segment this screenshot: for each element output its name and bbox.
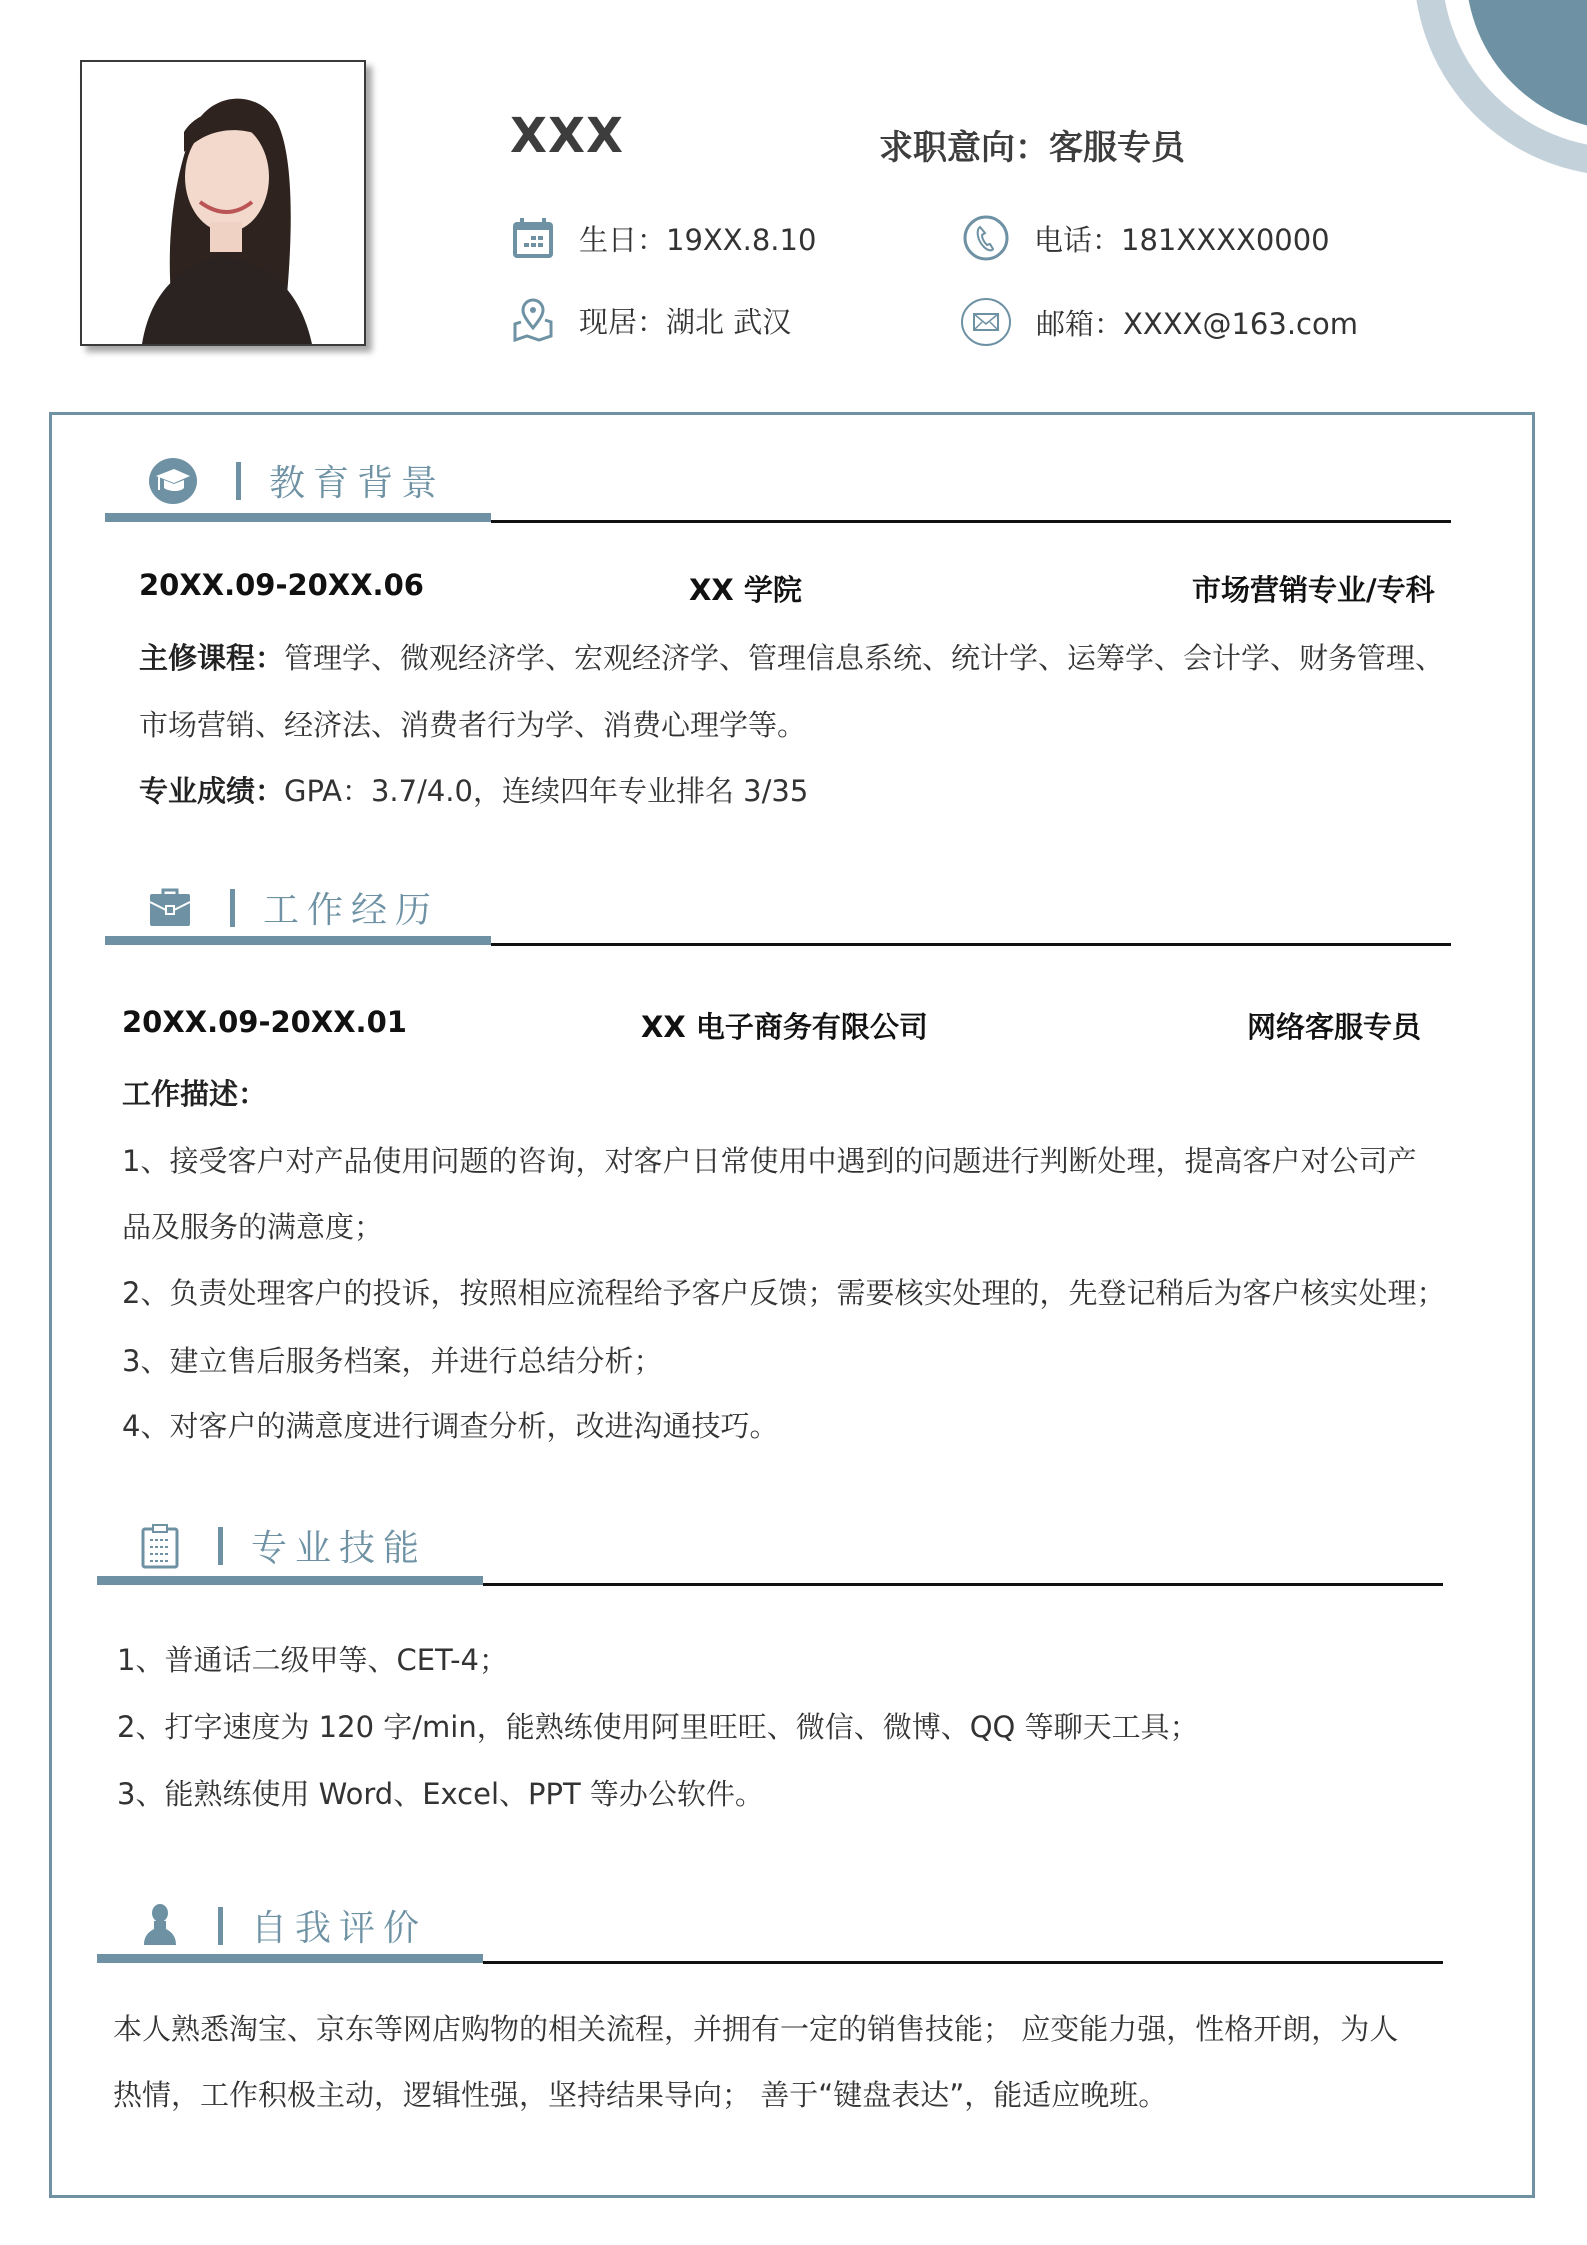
calendar-icon xyxy=(511,216,555,260)
section-divider xyxy=(491,520,1451,523)
work-header: 工作经历 xyxy=(148,882,439,933)
briefcase-icon xyxy=(148,886,192,930)
courses-text: 管理学、微观经济学、宏观经济学、管理信息系统、统计学、运筹学、会计学、财务管理、 xyxy=(284,641,1444,675)
education-header: 教育背景 xyxy=(148,455,445,506)
grades-line: 专业成绩：GPA：3.7/4.0，连续四年专业排名 3/35 xyxy=(139,769,808,810)
work-desc-item: 品及服务的满意度； xyxy=(122,1205,383,1246)
courses-line: 主修课程：管理学、微观经济学、宏观经济学、管理信息系统、统计学、运筹学、会计学、… xyxy=(139,636,1444,677)
header-separator xyxy=(236,462,241,500)
header-separator xyxy=(218,1907,223,1945)
education-major: 市场营销专业/专科 xyxy=(1192,568,1435,609)
work-company: XX 电子商务有限公司 xyxy=(641,1005,928,1046)
section-accent-bar xyxy=(97,1576,483,1585)
person-icon xyxy=(140,1903,180,1949)
job-intent: 求职意向：客服专员 xyxy=(879,120,1185,169)
phone-icon xyxy=(962,214,1010,262)
phone-text: 电话：181XXXX0000 xyxy=(1034,218,1330,259)
graduation-cap-icon xyxy=(148,456,198,506)
section-accent-bar xyxy=(105,513,491,522)
clipboard-icon xyxy=(140,1523,180,1569)
birthday-row: 生日：19XX.8.10 xyxy=(511,216,816,260)
phone-row: 电话：181XXXX0000 xyxy=(962,214,1330,262)
email-row: 邮箱：XXXX@163.com xyxy=(960,296,1358,348)
residence-row: 现居：湖北 武汉 xyxy=(511,298,791,342)
grades-label: 专业成绩： xyxy=(139,774,284,808)
portrait-image xyxy=(82,62,364,344)
candidate-name: XXX xyxy=(510,108,624,164)
location-map-icon xyxy=(511,298,555,342)
courses-line-2: 市场营销、经济法、消费者行为学、消费心理学等。 xyxy=(139,703,806,744)
skill-item: 2、打字速度为 120 字/min，能熟练使用阿里旺旺、微信、微博、QQ 等聊天… xyxy=(117,1705,1199,1746)
section-title: 自我评价 xyxy=(251,1900,427,1951)
skill-item: 1、普通话二级甲等、CET-4； xyxy=(117,1638,508,1679)
self-evaluation-line: 热情，工作积极主动，逻辑性强，坚持结果导向； 善于“键盘表达”，能适应晚班。 xyxy=(113,2073,1167,2114)
section-title: 工作经历 xyxy=(263,882,439,933)
work-position: 网络客服专员 xyxy=(1247,1005,1421,1046)
residence-text: 现居：湖北 武汉 xyxy=(579,300,791,341)
work-desc-item: 3、建立售后服务档案，并进行总结分析； xyxy=(122,1339,662,1380)
birthday-text: 生日：19XX.8.10 xyxy=(579,218,816,259)
section-title: 专业技能 xyxy=(251,1520,427,1571)
skills-header: 专业技能 xyxy=(140,1520,427,1571)
section-title: 教育背景 xyxy=(269,455,445,506)
mail-icon xyxy=(960,296,1012,348)
work-desc-item: 2、负责处理客户的投诉，按照相应流程给予客户反馈；需要核实处理的，先登记稍后为客… xyxy=(122,1271,1445,1312)
header-separator xyxy=(218,1527,223,1565)
grades-text: GPA：3.7/4.0，连续四年专业排名 3/35 xyxy=(284,774,808,808)
work-desc-item: 4、对客户的满意度进行调查分析，改进沟通技巧。 xyxy=(122,1404,778,1445)
section-divider xyxy=(483,1583,1443,1586)
email-text: 邮箱：XXXX@163.com xyxy=(1036,302,1358,343)
skill-item: 3、能熟练使用 Word、Excel、PPT 等办公软件。 xyxy=(117,1772,764,1813)
section-divider xyxy=(491,943,1451,946)
work-desc-label: 工作描述： xyxy=(122,1072,267,1113)
work-desc-item: 1、接受客户对产品使用问题的咨询，对客户日常使用中遇到的问题进行判断处理，提高客… xyxy=(122,1139,1416,1180)
section-accent-bar xyxy=(97,1954,483,1963)
section-accent-bar xyxy=(105,936,491,945)
work-period: 20XX.09-20XX.01 xyxy=(122,1005,407,1039)
self-evaluation-header: 自我评价 xyxy=(140,1900,427,1951)
header-separator xyxy=(230,889,235,927)
education-school: XX 学院 xyxy=(689,568,802,609)
self-evaluation-line: 本人熟悉淘宝、京东等网店购物的相关流程，并拥有一定的销售技能； 应变能力强，性格… xyxy=(113,2007,1398,2048)
section-divider xyxy=(483,1961,1443,1964)
courses-label: 主修课程： xyxy=(139,641,284,675)
education-period: 20XX.09-20XX.06 xyxy=(139,568,424,602)
profile-photo xyxy=(80,60,366,346)
